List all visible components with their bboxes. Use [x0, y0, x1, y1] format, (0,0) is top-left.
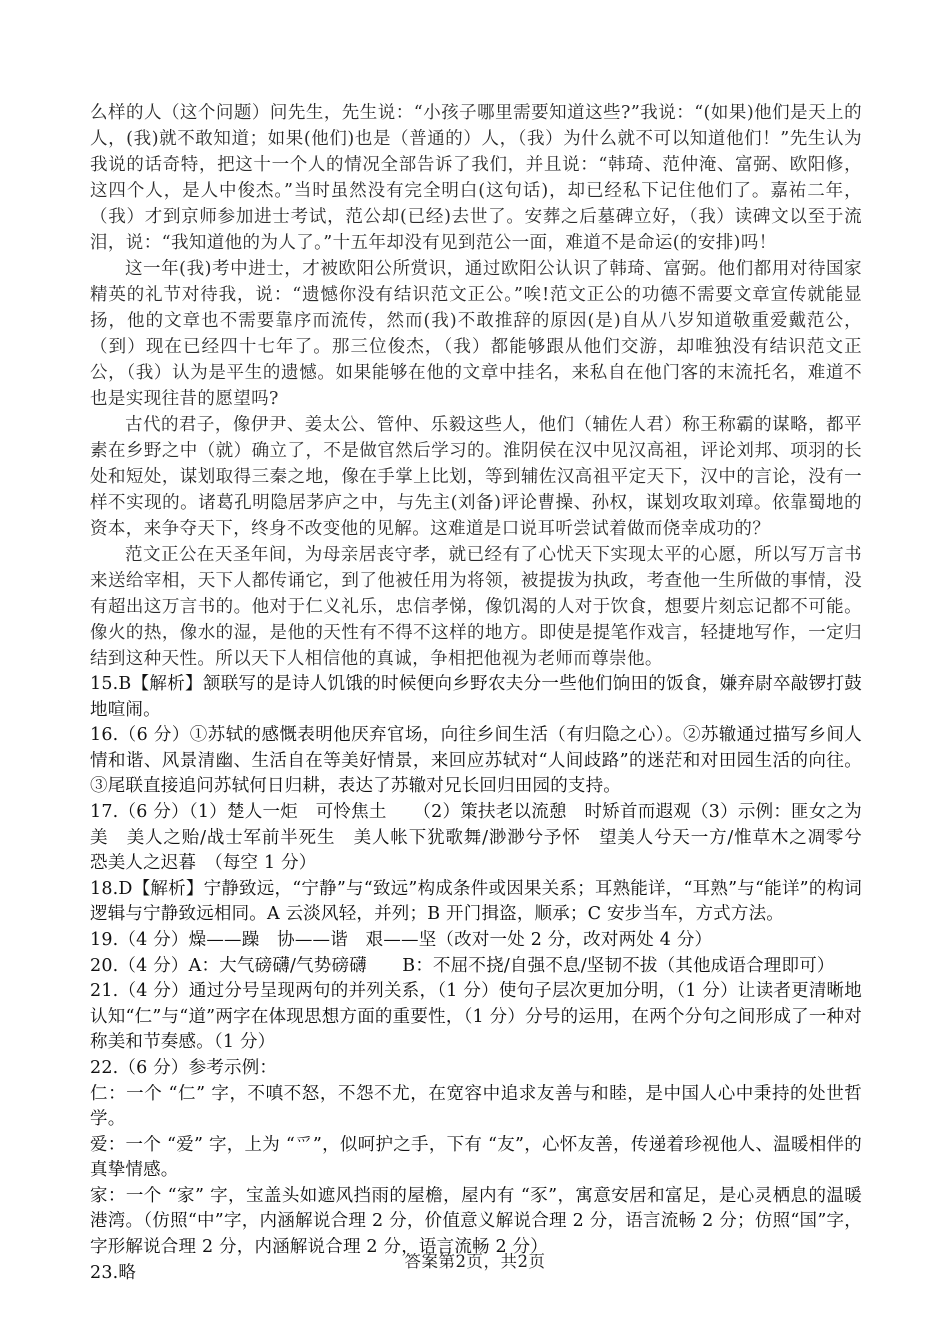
page-footer: 答案第2页，共2页 — [0, 1248, 950, 1272]
translation-paragraph-2: 这一年(我)考中进士，才被欧阳公所赏识，通过欧阳公认识了韩琦、富弼。他们都用对待… — [90, 256, 862, 412]
answer-22-header: 22.（6 分）参考示例： — [90, 1056, 862, 1082]
answer-22-ren: 仁：一个 “仁” 字，不嗔不怒，不怨不尤，在宽容中追求友善与和睦，是中国人心中秉… — [90, 1082, 862, 1133]
answer-21: 21.（4 分）通过分号呈现两句的并列关系，（1 分）使句子层次更加分明，（1 … — [90, 979, 862, 1056]
answer-16: 16.（6 分）①苏轼的感慨表明他厌弃官场，向往乡间生活（有归隐之心）。②苏辙通… — [90, 723, 862, 800]
answer-22-ai: 爱：一个 “爱” 字，上为 “爫”，似呵护之手，下有 “友”，心怀友善，传递着珍… — [90, 1133, 862, 1184]
answer-20: 20.（4 分）A：大气磅礴/气势磅礴 B：不屈不挠/自强不息/坚韧不拔（其他成… — [90, 954, 862, 980]
translation-paragraph-4: 范文正公在天圣年间，为母亲居丧守孝，就已经有了心忧天下实现太平的心愿，所以写万言… — [90, 542, 862, 672]
answer-sheet-page: 么样的人（这个问题）问先生，先生说：“小孩子哪里需要知道这些?”我说：“(如果)… — [0, 0, 950, 1344]
answers-section: 15.B【解析】颔联写的是诗人饥饿的时候便向乡野农夫分一些他们饷田的饭食，嫌弃尉… — [90, 672, 862, 1286]
translation-paragraph-3: 古代的君子，像伊尹、姜太公、管仲、乐毅这些人，他们（辅佐人君）称王称霸的谋略，都… — [90, 412, 862, 542]
answer-18: 18.D【解析】宁静致远，“宁静”与“致远”构成条件或因果关系；耳熟能详，“耳熟… — [90, 877, 862, 928]
answer-17: 17.（6 分）（1）楚人一炬 可怜焦土 （2）策扶老以流憩 时矫首而遐观（3）… — [90, 800, 862, 877]
answer-19: 19.（4 分）燥——躁 协——谐 艰——坚（改对一处 2 分，改对两处 4 分… — [90, 928, 862, 954]
answer-15: 15.B【解析】颔联写的是诗人饥饿的时候便向乡野农夫分一些他们饷田的饭食，嫌弃尉… — [90, 672, 862, 723]
translation-paragraph-1: 么样的人（这个问题）问先生，先生说：“小孩子哪里需要知道这些?”我说：“(如果)… — [90, 100, 862, 256]
translation-section: 么样的人（这个问题）问先生，先生说：“小孩子哪里需要知道这些?”我说：“(如果)… — [90, 100, 862, 672]
